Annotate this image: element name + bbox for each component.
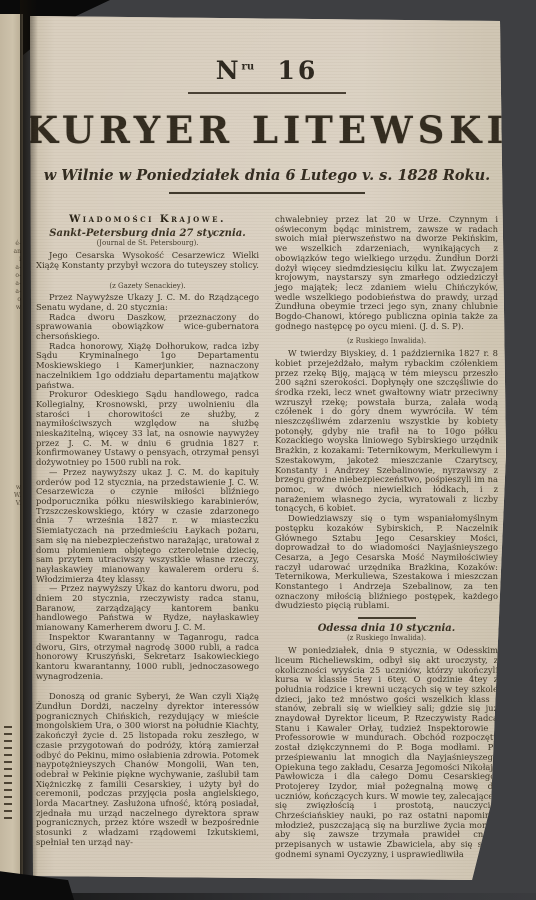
article-paragraph: Przez Naywyższe Ukazy J. C. M. do Rządzą… [36, 293, 259, 312]
source-note: (Journal de St. Petersbourg). [36, 239, 259, 249]
article-paragraph: Prokuror Odeskiego Sądu handlowego, radc… [36, 390, 259, 468]
newspaper-title: KURYER LITEWSKI [26, 108, 508, 152]
left-column: Wiadomości Krajowe. Sankt-Petersburg dni… [36, 215, 259, 860]
article-paragraph: Radca dworu Daszkow, przeznaczony do spr… [36, 313, 259, 342]
article-paragraph: Inspektor Kwarantanny w Taganrogu, radca… [36, 633, 259, 682]
article-paragraph: W poniedziałek, dnia 9 stycznia, w Odess… [275, 646, 498, 859]
right-column: chwalebniey przez lat 20 w Urze. Czynnym… [275, 215, 498, 860]
masthead: Nru 16 KURYER LITEWSKI w Wilnie w Ponied… [26, 14, 508, 194]
scan-bottom-shadow [0, 893, 536, 900]
issue-number-value: 16 [278, 56, 319, 85]
newspaper-dateline: w Wilnie w Poniedziałek dnia 6 Lutego v.… [26, 167, 508, 184]
section-divider-rule [358, 617, 416, 619]
article-paragraph: Dowiedziawszy się o tym wspaniałomyślnym… [275, 514, 498, 611]
masthead-rule-top [188, 92, 346, 94]
source-note: (z Ruskiego Inwalida). [275, 634, 498, 644]
issue-superscript: ru [242, 62, 255, 73]
article-paragraph: — Przez naywyższy ukaz J. C. M. do kapit… [36, 468, 259, 584]
page-gutter-shadow [20, 0, 38, 900]
article-paragraph: W twierdzy Biyskiey, d. 1 października 1… [275, 349, 498, 514]
issue-prefix: N [216, 56, 242, 85]
newspaper-page: Nru 16 KURYER LITEWSKI w Wilnie w Ponied… [26, 14, 508, 886]
source-note: (z Gazety Senackiey). [36, 282, 259, 292]
scanned-newspaper-photo: { "colors": { "background": "#3e3f42", "… [0, 0, 536, 900]
article-paragraph: chwalebniey przez lat 20 w Urze. Czynnym… [275, 215, 498, 331]
article-dateline: Sankt-Petersburg dnia 27 stycznia. [36, 229, 259, 239]
article-paragraph: Donoszą od granic Syberyi, że Wan czyli … [36, 692, 259, 847]
article-paragraph: — Przez naywyższy Ukaz do kantoru dworu,… [36, 584, 259, 633]
edge-ornament [4, 726, 12, 822]
source-note: (z Ruskiego Inwalida). [275, 337, 498, 347]
article-dateline: Odessa dnia 10 stycznia. [275, 624, 498, 634]
article-paragraph: Jego Cesarska Wysokość Cesarzewicz Wielk… [36, 251, 259, 270]
article-paragraph: Radca honorowy, Xiążę Dołhorukow, radca … [36, 342, 259, 391]
issue-number: Nru 16 [26, 56, 508, 85]
masthead-rule-bottom [169, 192, 365, 194]
article-columns: Wiadomości Krajowe. Sankt-Petersburg dni… [36, 215, 498, 860]
section-title: Wiadomości Krajowe. [36, 215, 259, 225]
